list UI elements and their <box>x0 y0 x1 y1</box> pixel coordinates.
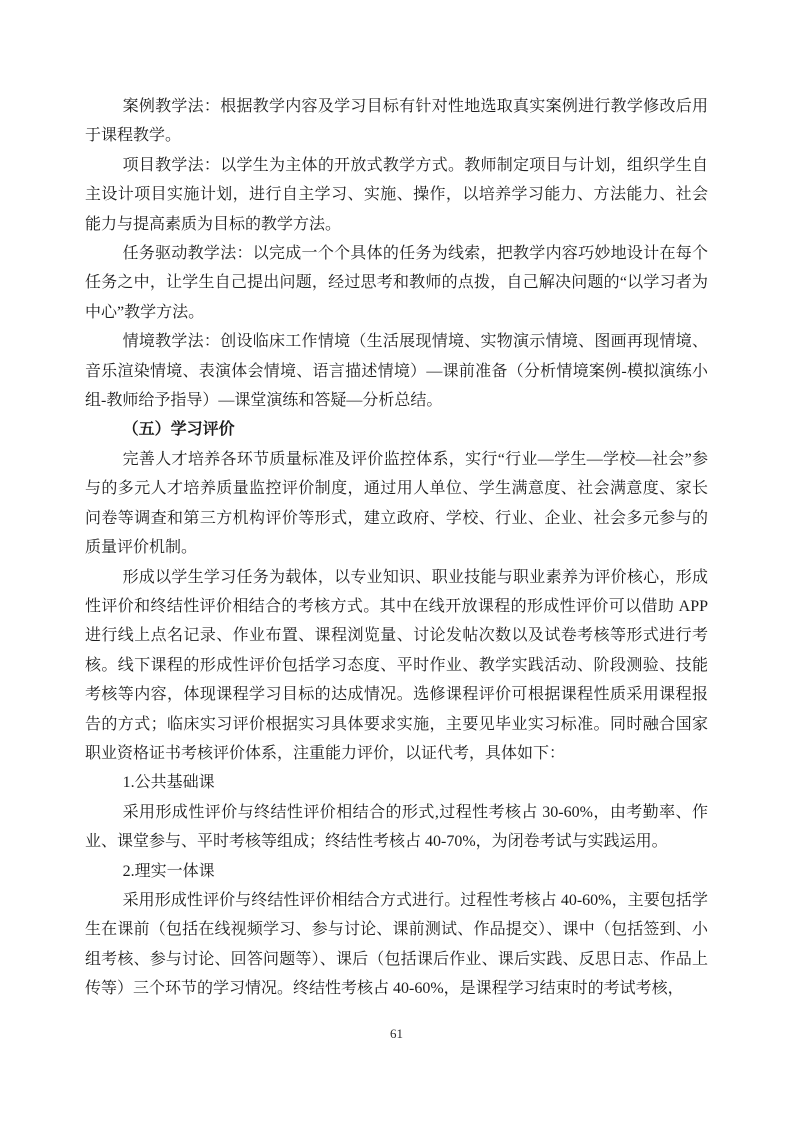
page-number: 61 <box>0 1026 793 1042</box>
document-page: 案例教学法：根据教学内容及学习目标有针对性地选取真实案例进行教学修改后用于课程教… <box>0 0 793 1122</box>
paragraph: 完善人才培养各环节质量标准及评价监控体系，实行“行业—学生—学校—社会”参与的多… <box>85 445 708 563</box>
numbered-subheading: 1.公共基础课 <box>85 768 708 797</box>
paragraph: 采用形成性评价与终结性评价相结合方式进行。过程性考核占 40-60%，主要包括学… <box>85 886 708 1004</box>
paragraph: 形成以学生学习任务为载体，以专业知识、职业技能与职业素养为评价核心，形成性评价和… <box>85 563 708 769</box>
document-body: 案例教学法：根据教学内容及学习目标有针对性地选取真实案例进行教学修改后用于课程教… <box>85 92 708 1004</box>
paragraph: 情境教学法：创设临床工作情境（生活展现情境、实物演示情境、图画再现情境、音乐渲染… <box>85 327 708 415</box>
numbered-subheading: 2.理实一体课 <box>85 857 708 886</box>
paragraph: 任务驱动教学法：以完成一个个具体的任务为线索，把教学内容巧妙地设计在每个任务之中… <box>85 239 708 327</box>
paragraph: 采用形成性评价与终结性评价相结合的形式,过程性考核占 30-60%，由考勤率、作… <box>85 798 708 857</box>
paragraph: 案例教学法：根据教学内容及学习目标有针对性地选取真实案例进行教学修改后用于课程教… <box>85 92 708 151</box>
section-heading: （五）学习评价 <box>85 415 708 444</box>
paragraph: 项目教学法：以学生为主体的开放式教学方式。教师制定项目与计划，组织学生自主设计项… <box>85 151 708 239</box>
